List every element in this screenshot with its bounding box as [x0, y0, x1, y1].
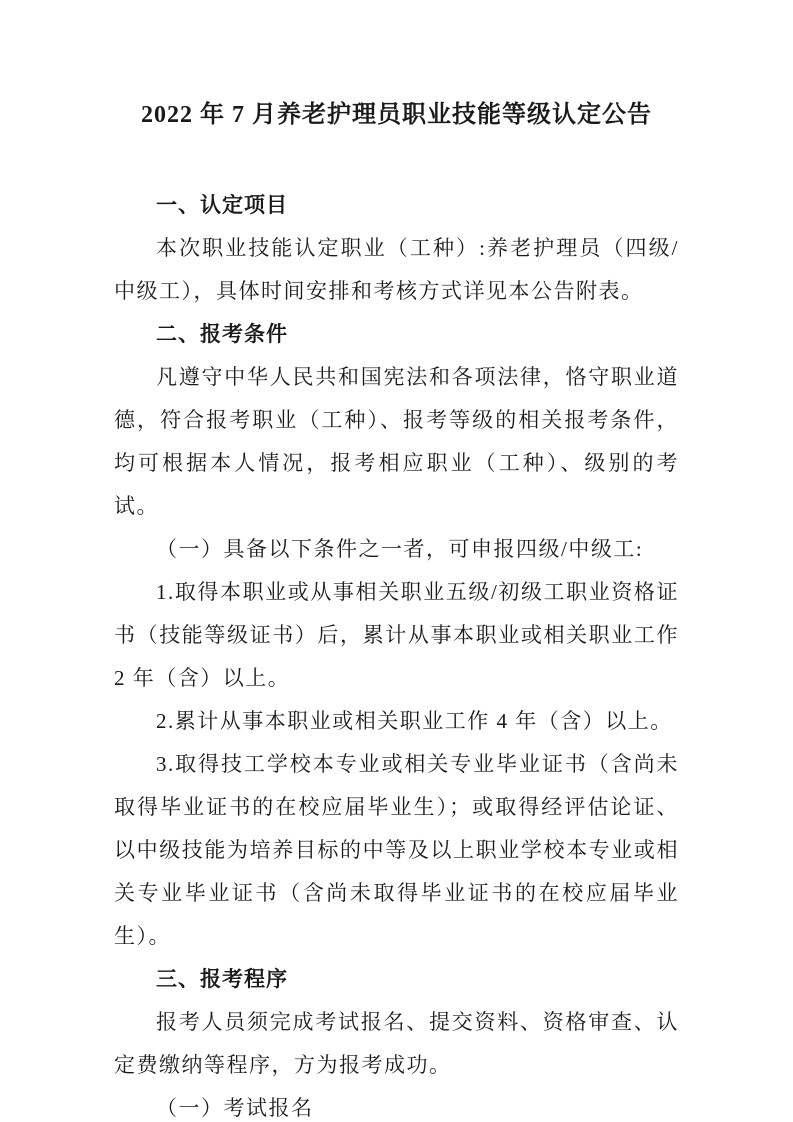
section-heading: 三、报考程序 — [114, 958, 679, 1001]
section-heading: 一、认定项目 — [114, 184, 679, 227]
paragraph: 2.累计从事本职业或相关职业工作 4 年（含）以上。 — [114, 700, 679, 743]
paragraph: （一）考试报名 — [114, 1087, 679, 1122]
paragraph: （一）具备以下条件之一者，可申报四级/中级工: — [114, 528, 679, 571]
paragraph: 凡遵守中华人民共和国宪法和各项法律，恪守职业道德，符合报考职业（工种）、报考等级… — [114, 356, 679, 528]
section-application-procedure: 三、报考程序 报考人员须完成考试报名、提交资料、资格审查、认定费缴纳等程序，方为… — [114, 958, 679, 1122]
paragraph: 报考人员须完成考试报名、提交资料、资格审查、认定费缴纳等程序，方为报考成功。 — [114, 1001, 679, 1087]
section-application-requirements: 二、报考条件 凡遵守中华人民共和国宪法和各项法律，恪守职业道德，符合报考职业（工… — [114, 313, 679, 958]
section-heading: 二、报考条件 — [114, 313, 679, 356]
document-title: 2022 年 7 月养老护理员职业技能等级认定公告 — [114, 96, 679, 134]
document-page: 2022 年 7 月养老护理员职业技能等级认定公告 一、认定项目 本次职业技能认… — [0, 0, 793, 1122]
section-certification-project: 一、认定项目 本次职业技能认定职业（工种）:养老护理员（四级/中级工），具体时间… — [114, 184, 679, 313]
paragraph: 1.取得本职业或从事相关职业五级/初级工职业资格证书（技能等级证书）后，累计从事… — [114, 571, 679, 700]
paragraph: 本次职业技能认定职业（工种）:养老护理员（四级/中级工），具体时间安排和考核方式… — [114, 227, 679, 313]
paragraph: 3.取得技工学校本专业或相关专业毕业证书（含尚未取得毕业证书的在校应届毕业生）；… — [114, 743, 679, 958]
